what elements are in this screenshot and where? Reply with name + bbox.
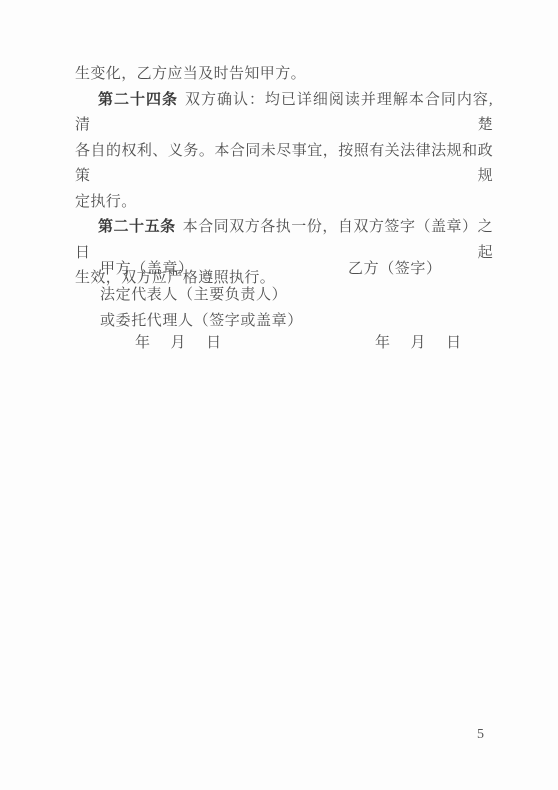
paragraph-line-continuation: 生变化，乙方应当及时告知甲方。 — [75, 62, 493, 88]
contract-page: 生变化，乙方应当及时告知甲方。 第二十四条双方确认：均已详细阅读并理解本合同内容… — [0, 0, 558, 790]
clause-24-number: 第二十四条 — [98, 92, 178, 108]
legal-representative-label: 法定代表人（主要负责人） — [100, 283, 287, 304]
clause-25-number: 第二十五条 — [98, 219, 176, 235]
entrusted-agent-label: 或委托代理人（签字或盖章） — [100, 309, 303, 330]
party-a-seal-label: 甲方（盖章） — [100, 257, 194, 278]
party-b-date-line: 年 月 日 — [375, 331, 462, 352]
clause-24-line-3: 定执行。 — [75, 190, 493, 216]
party-a-date-line: 年 月 日 — [135, 331, 222, 352]
party-b-signature-label: 乙方（签字） — [348, 257, 442, 278]
clause-24-line-2: 各自的权利、义务。本合同未尽事宜，按照有关法律法规和政策规 — [75, 139, 493, 190]
clause-24-line: 第二十四条双方确认：均已详细阅读并理解本合同内容,清楚 — [75, 88, 493, 139]
page-number: 5 — [477, 727, 484, 743]
